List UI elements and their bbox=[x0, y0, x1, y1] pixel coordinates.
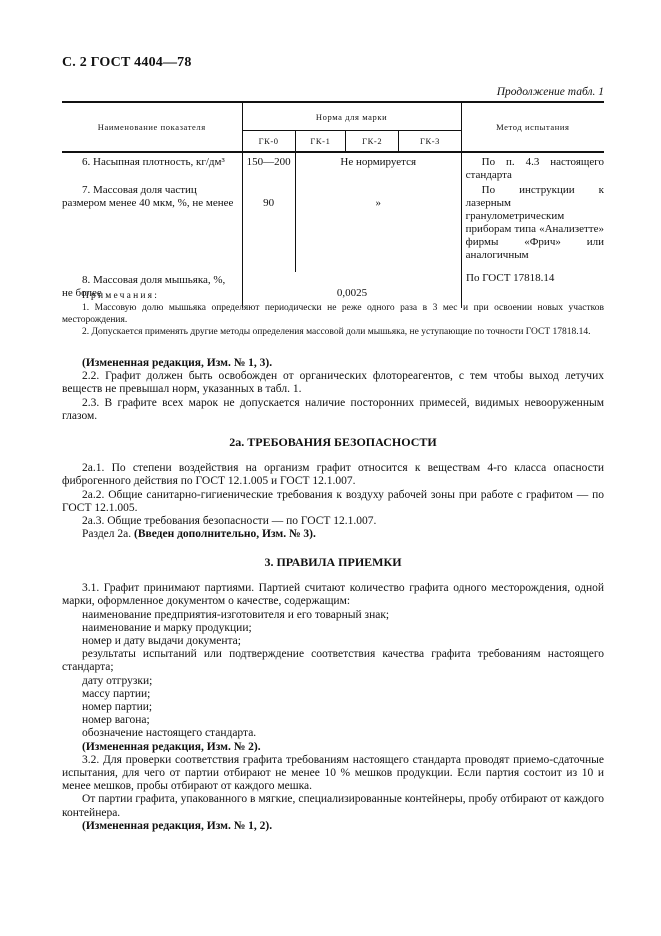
change-note: (Измененная редакция, Изм. № 2). bbox=[62, 741, 604, 754]
section-2-continuation: (Измененная редакция, Изм. № 1, 3). 2.2.… bbox=[62, 357, 604, 423]
section-2a-title: 2а. ТРЕБОВАНИЯ БЕЗОПАСНОСТИ bbox=[62, 436, 604, 449]
footer-plain: Раздел 2а. bbox=[82, 528, 134, 540]
paragraph-2a-2: 2а.2. Общие санитарно-гигиенические треб… bbox=[62, 489, 604, 515]
header-grade-gk2: ГК-2 bbox=[346, 131, 399, 153]
list-item: массу партии; bbox=[62, 688, 604, 701]
list-item: номер и дату выдачи документа; bbox=[62, 635, 604, 648]
section-3-title: 3. ПРАВИЛА ПРИЕМКИ bbox=[62, 556, 604, 569]
table-row: 7. Массовая доля частиц размером менее 4… bbox=[62, 182, 604, 272]
list-item: дату отгрузки; bbox=[62, 675, 604, 688]
list-item: номер партии; bbox=[62, 701, 604, 714]
table-row: 6. Насыпная плотность, кг/дм³ 150—200 Не… bbox=[62, 152, 604, 182]
cell-indicator: 6. Насыпная плотность, кг/дм³ bbox=[62, 152, 242, 182]
method-text: По п. 4.3 настоящего стандарта bbox=[466, 156, 604, 181]
list-item: номер вагона; bbox=[62, 714, 604, 727]
paragraph-3-2b: От партии графита, упакованного в мягкие… bbox=[62, 793, 604, 819]
header-grade-gk3: ГК-3 bbox=[399, 131, 461, 153]
footer-bold: (Введен дополнительно, Изм. № 3). bbox=[134, 528, 316, 540]
paragraph-3-2: 3.2. Для проверки соответствия графита т… bbox=[62, 754, 604, 794]
paragraph-2a-1: 2а.1. По степени воздействия на организм… bbox=[62, 462, 604, 488]
paragraph-3-1: 3.1. Графит принимают партиями. Партией … bbox=[62, 582, 604, 608]
paragraph-2a-3: 2а.3. Общие требования безопасности — по… bbox=[62, 515, 604, 528]
list-item: обозначение настоящего стандарта. bbox=[62, 727, 604, 740]
properties-table: Наименование показателя Норма для марки … bbox=[62, 101, 604, 310]
cell-method: По инструкции к лазерным гранулометричес… bbox=[461, 182, 604, 272]
notes-block: Примечания: 1. Массовую долю мышьяка опр… bbox=[62, 290, 604, 338]
list-item: наименование и марку продукции; bbox=[62, 622, 604, 635]
table-continuation-label: Продолжение табл. 1 bbox=[497, 86, 604, 98]
paragraph-2-3: 2.3. В графите всех марок не допускается… bbox=[62, 397, 604, 423]
cell-others: » bbox=[295, 182, 461, 272]
cell-gk0: 90 bbox=[242, 182, 295, 272]
section-3: 3. ПРАВИЛА ПРИЕМКИ 3.1. Графит принимают… bbox=[62, 556, 604, 833]
change-note: (Измененная редакция, Изм. № 1, 2). bbox=[62, 820, 604, 833]
list-item: результаты испытаний или подтверждение с… bbox=[62, 648, 604, 674]
header-grade-gk0: ГК-0 bbox=[242, 131, 295, 153]
cell-others: Не нормируется bbox=[295, 152, 461, 182]
header-grade-gk1: ГК-1 bbox=[295, 131, 345, 153]
header-norm-group: Норма для марки bbox=[242, 102, 461, 131]
list-item: наименование предприятия-изготовителя и … bbox=[62, 609, 604, 622]
note-item: 1. Массовую долю мышьяка определяют пери… bbox=[62, 302, 604, 326]
header-method: Метод испытания bbox=[461, 102, 604, 152]
change-note: (Измененная редакция, Изм. № 1, 3). bbox=[62, 357, 604, 370]
notes-title: Примечания: bbox=[62, 290, 604, 302]
section-2a-footer: Раздел 2а. (Введен дополнительно, Изм. №… bbox=[62, 528, 604, 541]
page-header: С. 2 ГОСТ 4404—78 bbox=[62, 55, 192, 71]
note-item: 2. Допускается применять другие методы о… bbox=[62, 326, 604, 338]
header-indicator: Наименование показателя bbox=[62, 102, 242, 152]
cell-indicator: 7. Массовая доля частиц размером менее 4… bbox=[62, 182, 242, 272]
cell-method: По п. 4.3 настоящего стандарта bbox=[461, 152, 604, 182]
method-text: По инструкции к лазерным гранулометричес… bbox=[466, 184, 604, 261]
paragraph-2-2: 2.2. Графит должен быть освобожден от ор… bbox=[62, 370, 604, 396]
section-2a: 2а. ТРЕБОВАНИЯ БЕЗОПАСНОСТИ 2а.1. По сте… bbox=[62, 436, 604, 541]
cell-gk0: 150—200 bbox=[242, 152, 295, 182]
